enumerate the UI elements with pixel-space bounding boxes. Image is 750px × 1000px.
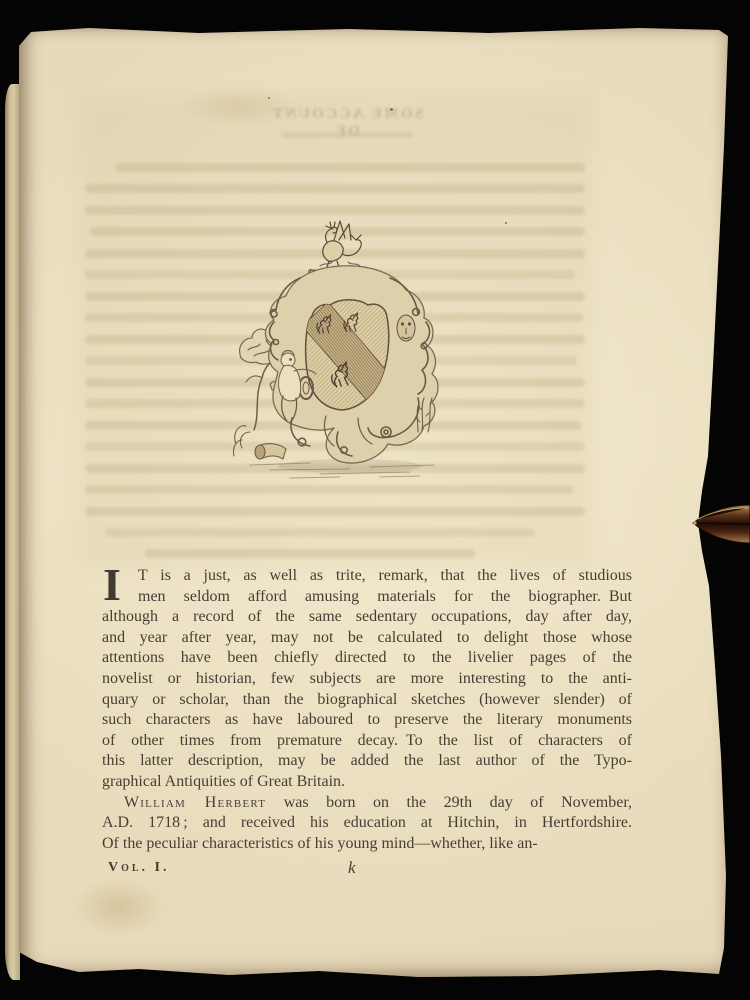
volume-label: Vol. I. [108, 860, 170, 876]
text-line: attentions have been chiefly directed to… [102, 648, 632, 669]
text-line-rest: was born on the 29th day of November, [266, 794, 632, 811]
show-through-line [105, 528, 535, 537]
show-through-line [145, 549, 475, 558]
show-through-line [115, 163, 585, 172]
text-line: although a record of the same sedentary … [102, 607, 632, 628]
book-page: SOME ACCOUNT OF [19, 26, 728, 977]
text-line: of other times from premature decay. To … [102, 731, 632, 752]
text-line: this latter description, may be added th… [102, 751, 632, 772]
foxing-stain [74, 878, 164, 936]
grotesque-mask [397, 315, 415, 341]
bookmark-clasp-tip [690, 502, 750, 546]
text-line: men seldom afford amusing materials for … [102, 587, 632, 608]
drop-cap: I [103, 563, 121, 607]
text-line: novelist or historian, few subjects are … [102, 669, 632, 690]
text-line: quary or scholar, than the biographical … [102, 690, 632, 711]
book-photograph: SOME ACCOUNT OF [0, 0, 750, 1000]
show-through-line [85, 507, 585, 516]
show-through-line [85, 485, 573, 494]
text-line: Of the peculiar characteristics of his y… [102, 834, 632, 855]
foxing-stain [179, 86, 299, 126]
show-through-line [85, 184, 585, 193]
page-footer: Vol. I. k [102, 858, 632, 880]
text-line: William Herbert was born on the 29th day… [102, 793, 632, 814]
page-stack-edge [5, 84, 20, 980]
wyvern-crest [323, 221, 361, 267]
ink-speck [390, 108, 393, 111]
ink-speck [505, 222, 507, 224]
body-text: I T is a just, as well as trite, remark,… [102, 566, 632, 854]
show-through-line [281, 132, 413, 138]
signature-mark: k [348, 858, 356, 878]
text-line: graphical Antiquities of Great Britain. [102, 772, 632, 793]
text-line: A.D. 1718 ; and received his education a… [102, 813, 632, 834]
text-line: T is a just, as well as trite, remark, t… [102, 566, 632, 587]
ink-speck [268, 97, 270, 99]
text-line: such characters as have laboured to pres… [102, 710, 632, 731]
armorial-engraving [230, 218, 450, 486]
text-line: and year after year, may not be calculat… [102, 628, 632, 649]
show-through-line [85, 206, 585, 215]
person-name: William Herbert [124, 794, 266, 811]
